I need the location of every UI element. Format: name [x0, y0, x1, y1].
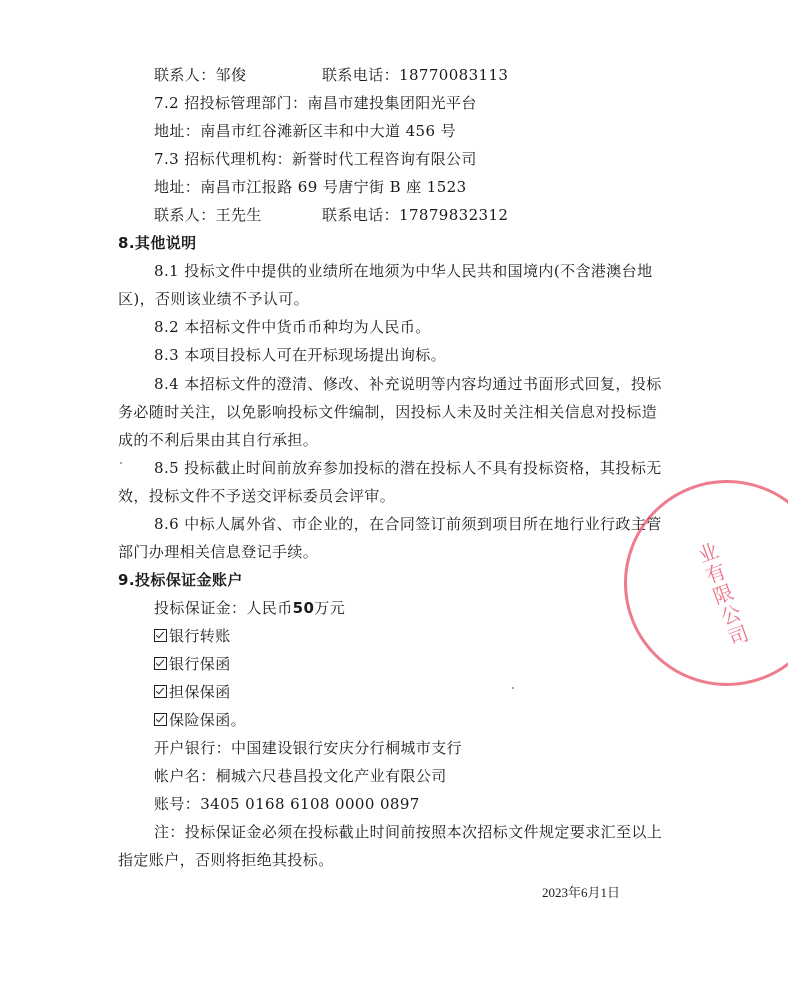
checked-checkbox-icon	[154, 685, 167, 698]
scan-speck	[512, 687, 514, 689]
item-8-5-line2: 效，投标文件不予送交评标委员会评审。	[118, 486, 678, 506]
option-bank-transfer: 银行转账	[154, 626, 714, 646]
contact-row-1: 联系人：邹俊联系电话：18770083113	[154, 65, 714, 85]
note-line2: 指定账户，否则将拒绝其投标。	[118, 850, 678, 870]
contact-row-2: 联系人：王先生联系电话：17879832312	[154, 205, 714, 225]
item-8-4-line1: 8.4 本招标文件的澄清、修改、补充说明等内容均通过书面形式回复，投标	[154, 374, 714, 394]
document-date: 2023年6月1日	[542, 882, 620, 901]
option-surety-guarantee: 担保保函	[154, 682, 714, 702]
account-number: 账号：3405 0168 6108 0000 0897	[154, 794, 714, 814]
item-8-3: 8.3 本项目投标人可在开标现场提出询标。	[154, 345, 714, 365]
note-line1: 注：投标保证金必须在投标截止时间前按照本次招标文件规定要求汇至以上	[154, 822, 714, 842]
address-2: 地址：南昌市江报路 69 号唐宁街 B 座 1523	[154, 177, 714, 197]
account-name: 帐户名：桐城六尺巷昌投文化产业有限公司	[154, 766, 714, 786]
item-7-3: 7.3 招标代理机构：新誉时代工程咨询有限公司	[154, 149, 714, 169]
scan-speck	[120, 462, 122, 464]
deposit-unit: 万元	[314, 599, 345, 617]
item-8-4-line3: 成的不利后果由其自行承担。	[118, 430, 678, 450]
section-8-heading: 8.其他说明	[118, 233, 678, 253]
item-8-5-line1: 8.5 投标截止时间前放弃参加投标的潜在投标人不具有投标资格，其投标无	[154, 458, 714, 478]
bank-name: 开户银行：中国建设银行安庆分行桐城市支行	[154, 738, 714, 758]
checked-checkbox-icon	[154, 657, 167, 670]
item-8-1-line2: 区)，否则该业绩不予认可。	[118, 289, 678, 309]
item-7-2: 7.2 招投标管理部门：南昌市建投集团阳光平台	[154, 93, 714, 113]
item-8-4-line2: 务必随时关注，以免影响投标文件编制，因投标人未及时关注相关信息对投标造	[118, 402, 678, 422]
item-8-2: 8.2 本招标文件中货币币种均为人民币。	[154, 317, 714, 337]
option-bank-guarantee: 银行保函	[154, 654, 714, 674]
item-8-6-line1: 8.6 中标人属外省、市企业的，在合同签订前须到项目所在地行业行政主管	[154, 514, 714, 534]
section-9-heading: 9.投标保证金账户	[118, 570, 678, 590]
checked-checkbox-icon	[154, 713, 167, 726]
contact-phone: 联系电话：17879832312	[322, 205, 508, 225]
contact-phone: 联系电话：18770083113	[322, 65, 508, 85]
option-insurance-guarantee: 保险保函。	[154, 710, 714, 730]
deposit-amount: 50	[293, 599, 315, 617]
item-8-6-line2: 部门办理相关信息登记手续。	[118, 542, 678, 562]
contact-name: 联系人：邹俊	[154, 66, 246, 84]
deposit-label: 投标保证金：人民币	[154, 599, 293, 617]
item-8-1-line1: 8.1 投标文件中提供的业绩所在地须为中华人民共和国境内(不含港澳台地	[154, 261, 714, 281]
contact-name: 联系人：王先生	[154, 206, 262, 224]
address-1: 地址：南昌市红谷滩新区丰和中大道 456 号	[154, 121, 714, 141]
document-page: 联系人：邹俊联系电话：18770083113 7.2 招投标管理部门：南昌市建投…	[0, 0, 788, 1003]
checked-checkbox-icon	[154, 629, 167, 642]
